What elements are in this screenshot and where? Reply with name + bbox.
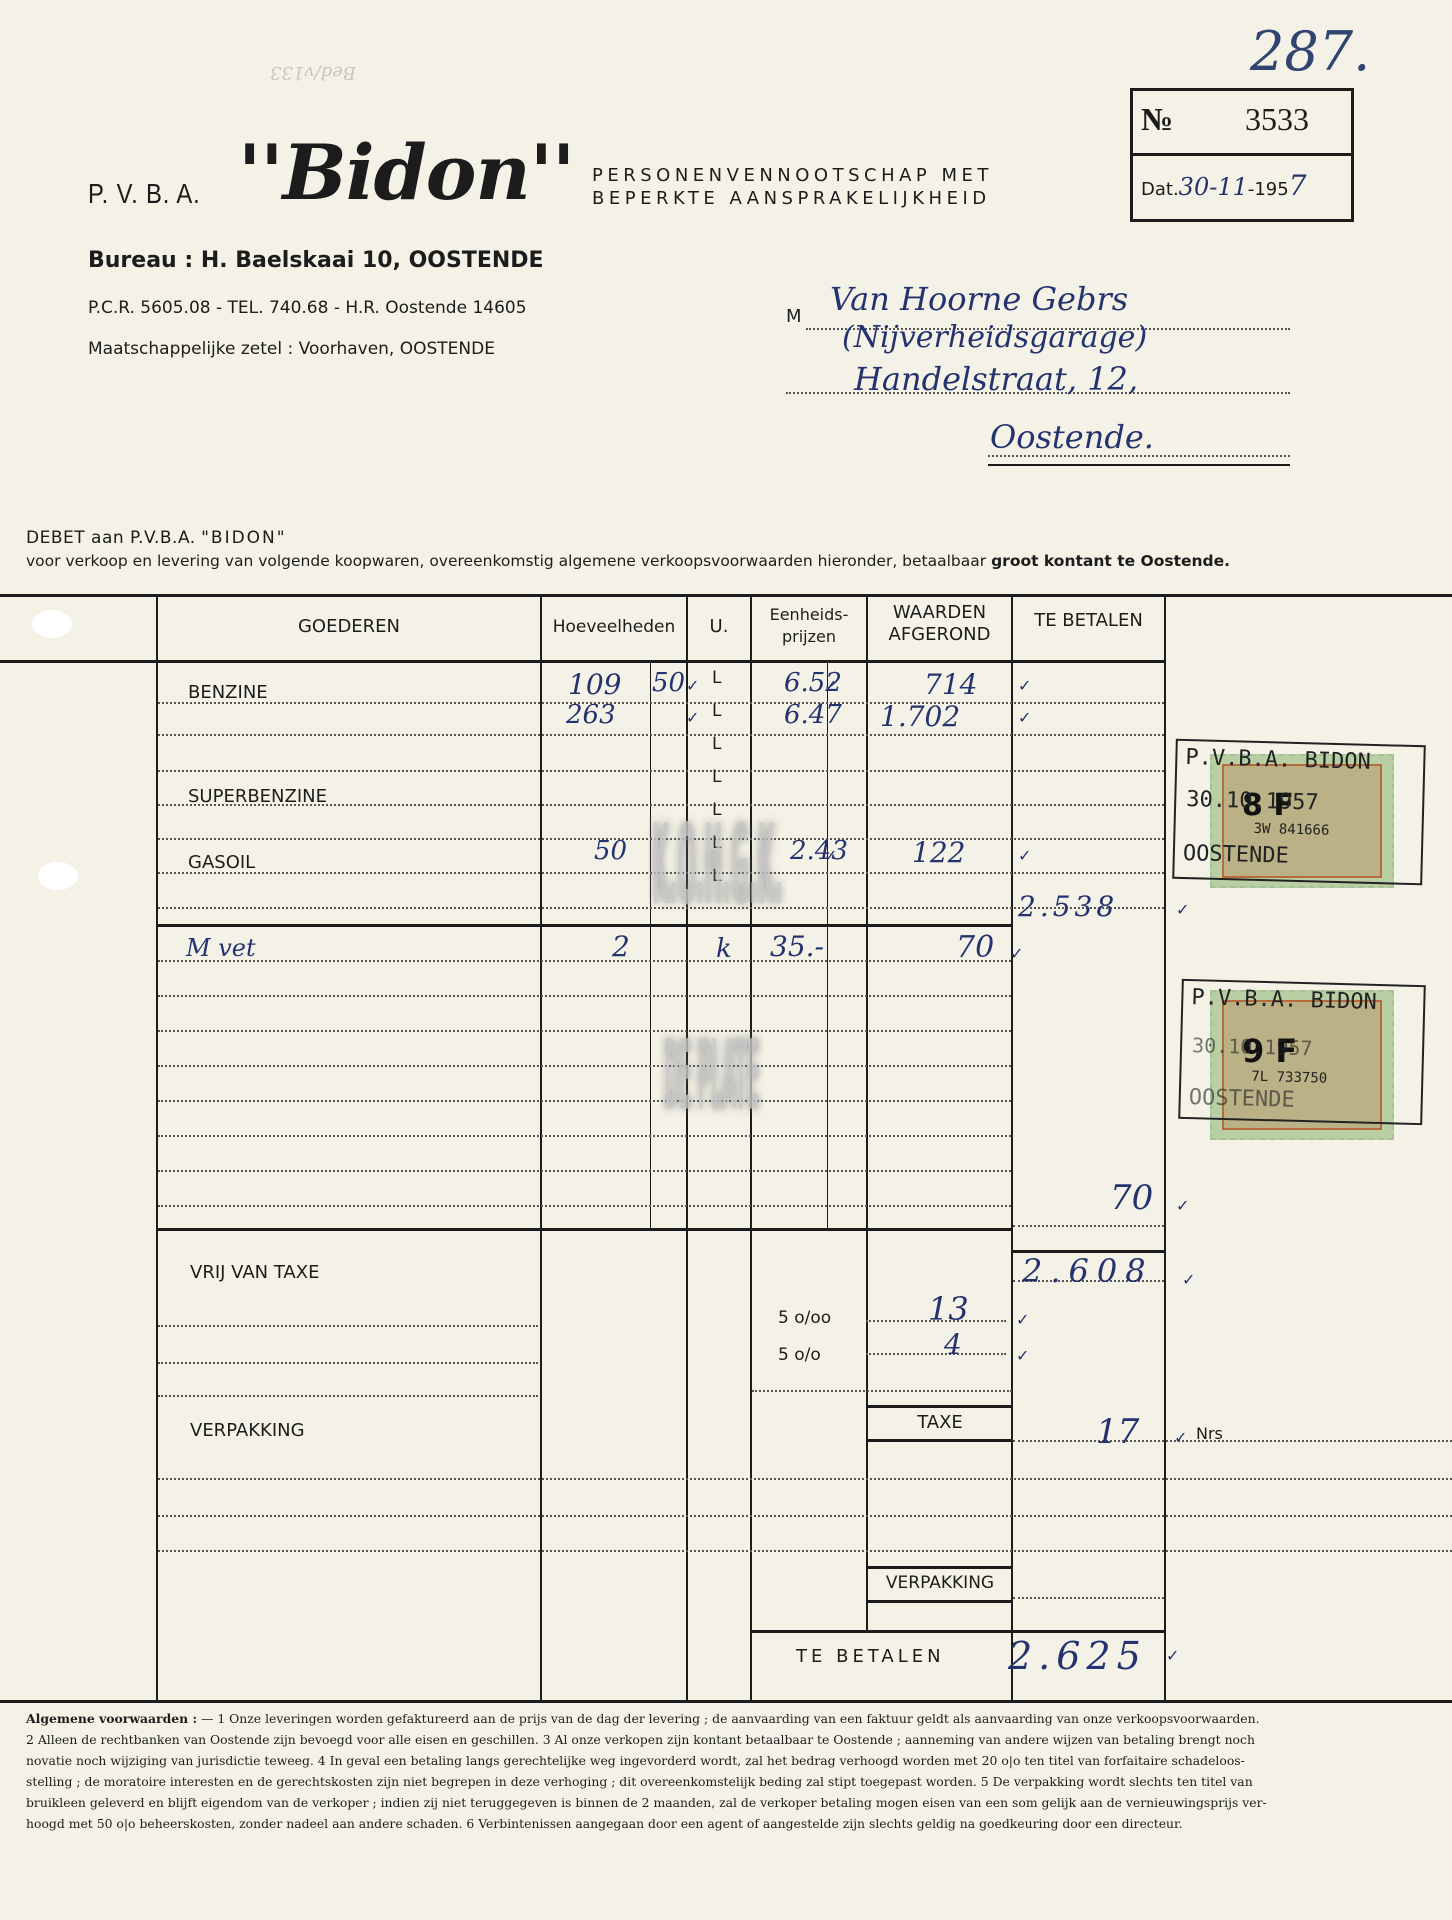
header-values-line1: WAARDEN [868,602,1011,624]
header-unit-price-line2: prijzen [752,626,866,648]
header-to-pay: TE BETALEN [1013,610,1164,632]
unit-letter: L [712,695,721,728]
subtotal-before-tax: 2.608 [1022,1252,1154,1290]
other-item-price: 35.- [770,930,824,963]
label-tax-free: VRIJ VAN TAXE [190,1262,319,1283]
tax-rate-1: 5 o/oo [778,1308,831,1328]
invoice-number: 3533 [1245,101,1309,138]
unit-letter: L [712,728,721,761]
recipient-business: (Nijverheidsgarage) [842,320,1147,355]
company-prefix: P. V. B. A. [88,178,201,210]
cancel-1-line3: OOSTENDE [1183,841,1290,869]
other-item-qty: 2 [612,930,630,963]
pencil-note: Bed/v133 [270,62,356,83]
registrations: P.C.R. 5605.08 - TEL. 740.68 - H.R. Oost… [88,298,527,318]
header-values-line2: AFGEROND [868,624,1011,646]
cancel-2-line1: P.V.B.A. BIDON [1191,985,1377,1015]
legal-form-line1: PERSONENVENNOOTSCHAP MET [592,164,993,187]
company-logo-name: ''Bidon'' [238,128,574,217]
legal-form: PERSONENVENNOOTSCHAP MET BEPERKTE AANSPR… [592,164,993,210]
total-amount: 2.625 [1008,1634,1147,1678]
header-goods: GOEDEREN [158,616,540,638]
debet-title: DEBET aan P.V.B.A. "BIDON" [26,528,287,548]
watermark-line1: K.O.H.G.K. [652,800,783,930]
cancellation-2: P.V.B.A. BIDON 30.10.1957 7L 733750 OOST… [1178,979,1426,1125]
recipient-name: Van Hoorne Gebrs [830,280,1128,318]
nrs-label: Nrs [1196,1424,1223,1443]
number-row: № 3533 [1133,91,1351,156]
cancel-1-line1: P.V.B.A. BIDON [1185,745,1371,775]
header-unit-price-line1: Eenheids- [752,604,866,626]
tax-box-label: TAXE [868,1412,1012,1434]
cancellation-1: P.V.B.A. BIDON 30.10.1957 3W 841666 OOST… [1172,739,1426,885]
other-item-unit: k [716,934,732,964]
fuel-subtotal: 2.538 [1018,890,1118,923]
tax-amount-1: 13 [928,1290,969,1328]
unit-letter: L [712,761,721,794]
recipient-label: M [786,306,802,327]
binder-hole-bottom [38,862,78,890]
handwritten-reference: 287. [1250,20,1370,83]
row2-qty-int: 263 [566,700,616,730]
other-item-value: 70 [956,930,994,965]
tax-amount-2: 4 [944,1328,962,1361]
debet-body: voor verkoop en levering van volgende ko… [26,552,986,570]
debet-text: voor verkoop en levering van volgende ko… [26,552,1230,570]
terms-line-6: hoogd met 50 o|o beheerskosten, zonder n… [26,1813,1436,1834]
other-item-label: M vet [186,934,256,962]
date-printed: -195 [1248,179,1289,200]
cancel-2-line3: OOSTENDE [1188,1085,1295,1113]
header-unit-price: Eenheids- prijzen [752,604,866,648]
row1-qty-dec: 50 [652,668,685,698]
row1-value: 714 [924,668,977,701]
debet-prefix: DEBET aan P.V.B.A. [26,528,196,548]
recipient-city: Oostende. [990,418,1154,456]
invoice-number-box: № 3533 Dat.30-11-1957 [1130,88,1354,222]
row3-qty: 50 [594,836,627,866]
terms-line-5: bruikleen geleverd en blijft eigendom va… [26,1792,1436,1813]
terms-title: Algemene voorwaarden : [26,1711,197,1726]
number-label: № [1141,101,1173,138]
debet-bold: groot kontant te Oostende. [991,552,1230,570]
watermark-line2: DE PLATE [664,1022,759,1132]
terms-text: — 1 Onze leveringen worden gefaktureerd … [201,1711,1260,1726]
tax-total: 17 [1096,1412,1139,1452]
row1-qty-int: 109 [568,668,621,701]
date-row: Dat.30-11-1957 [1141,169,1307,202]
total-label: TE BETALEN [796,1646,945,1667]
label-superbenzine: SUPERBENZINE [188,786,327,807]
cancel-2-date: 30.10.1957 [1192,1033,1313,1060]
label-benzine: BENZINE [188,682,268,703]
date-year-digit: 7 [1289,169,1307,202]
row2-price: 6.47 [784,700,842,730]
header-values: WAARDEN AFGEROND [868,602,1011,646]
tax-rate-2: 5 o/o [778,1345,821,1365]
row2-value: 1.702 [880,700,960,733]
terms-line-2: 2 Alleen de rechtbanken van Oostende zij… [26,1729,1436,1750]
terms-line-3: novatie noch wijziging van jurisdictie t… [26,1750,1436,1771]
unit-letter: L [712,662,721,695]
terms-line-4: stelling ; de moratoire interesten en de… [26,1771,1436,1792]
office-address: Bureau : H. Baelskaai 10, OOSTENDE [88,248,544,273]
label-gasoil: GASOIL [188,852,255,873]
date-handwritten: 30-11 [1179,173,1248,201]
terms-line-1: Algemene voorwaarden : — 1 Onze levering… [26,1708,1436,1729]
row3-price: 2.43 [790,836,848,866]
binder-hole-top [32,610,72,638]
cancel-1-serial: 3W 841666 [1253,821,1329,839]
legal-form-line2: BEPERKTE AANSPRAKELIJKHEID [592,187,993,210]
debet-name: "BIDON" [201,528,287,548]
packaging-box-label: VERPAKKING [868,1572,1012,1594]
header-unit: U. [688,616,750,638]
row3-value: 122 [912,836,965,869]
terms: Algemene voorwaarden : — 1 Onze levering… [26,1708,1436,1834]
cancel-1-date: 30.10.1957 [1186,787,1319,815]
recipient-street: Handelstraat, 12, [854,360,1138,398]
header-quantities: Hoeveelheden [542,616,686,638]
label-packaging: VERPAKKING [190,1420,305,1441]
registered-seat: Maatschappelijke zetel : Voorhaven, OOST… [88,339,495,359]
other-subtotal: 70 [1110,1178,1153,1218]
date-label: Dat. [1141,179,1179,200]
cancel-2-serial: 7L 733750 [1251,1069,1327,1087]
